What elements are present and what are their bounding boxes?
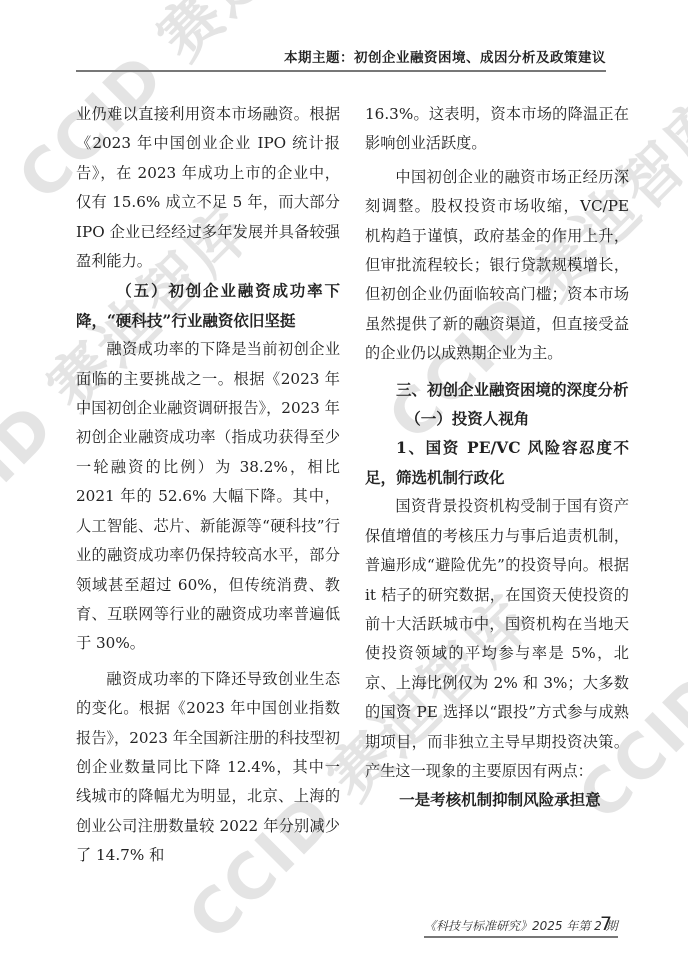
paragraph: 中国初创企业的融资市场正经历深刻调整。股权投资市场收缩，VC/PE 机构趋于谨慎… — [365, 163, 629, 369]
subsection-heading: （一）投资人视角 — [365, 404, 629, 433]
bold-paragraph-lead: 一是考核机制抑制风险承担意 — [365, 786, 629, 815]
page-footer: 《科技与标准研究》2025 年第 2 期 7 — [424, 915, 618, 938]
page-number: 7 — [600, 913, 612, 935]
paragraph: 16.3%。这表明，资本市场的降温正在影响创业活跃度。 — [365, 100, 629, 159]
header-title: 本期主题：初创企业融资困境、成因分析及政策建议 — [284, 46, 606, 66]
section-heading: （五）初创企业融资成功率下降，“硬科技”行业融资依旧坚挺 — [76, 276, 340, 335]
journal-title: 《科技与标准研究》2025 年第 2 期 — [424, 917, 618, 938]
paragraph: 国资背景投资机构受制于国有资产保值增值的考核压力与事后追责机制，普遍形成“避险优… — [365, 492, 629, 786]
paragraph: 融资成功率的下降还导致创业生态的变化。根据《2023 年中国创业指数报告》，20… — [76, 665, 340, 871]
running-header: 本期主题：初创企业融资困境、成因分析及政策建议 — [76, 46, 606, 72]
subsubsection-heading: 1、国资 PE/VC 风险容忍度不足，筛选机制行政化 — [365, 433, 629, 492]
left-column: 业仍难以直接利用资本市场融资。根据《2023 年中国创业企业 IPO 统计报告》… — [76, 100, 340, 871]
section-heading: 三、初创企业融资困境的深度分析 — [365, 375, 629, 404]
paragraph: 融资成功率的下降是当前初创企业面临的主要挑战之一。根据《2023 年中国初创企业… — [76, 335, 340, 658]
paragraph: 业仍难以直接利用资本市场融资。根据《2023 年中国创业企业 IPO 统计报告》… — [76, 100, 340, 276]
right-column: 16.3%。这表明，资本市场的降温正在影响创业活跃度。 中国初创企业的融资市场正… — [365, 100, 629, 816]
